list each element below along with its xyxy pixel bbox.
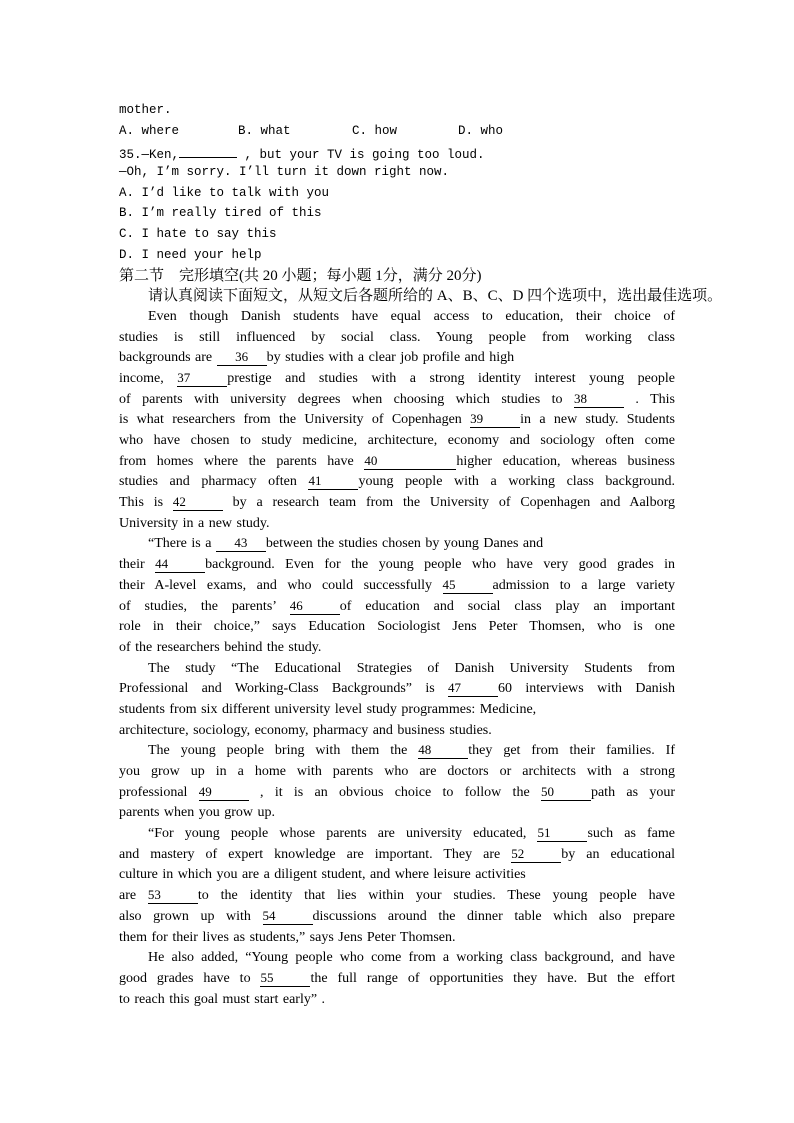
passage-line: who have chosen to study medicine, archi… bbox=[119, 431, 675, 452]
passage-line: University in a new study. bbox=[119, 514, 675, 535]
passage-line: This is 42 by a research team from the U… bbox=[119, 493, 675, 514]
q35-option-d: D. I need your help bbox=[119, 245, 675, 266]
cloze-passage: Even though Danish students have equal a… bbox=[119, 307, 675, 1010]
passage-line: culture in which you are a diligent stud… bbox=[119, 865, 675, 886]
passage-line: you grow up in a home with parents who a… bbox=[119, 762, 675, 783]
passage-line: parents when you grow up. bbox=[119, 803, 675, 824]
passage-line: Professional and Working-Class Backgroun… bbox=[119, 679, 675, 700]
passage-line: to reach this goal must start early” . bbox=[119, 990, 675, 1011]
passage-line: of the researchers behind the study. bbox=[119, 638, 675, 659]
cloze-blank: 48 bbox=[418, 742, 468, 759]
q35-reply: —Oh, I’m sorry. I’ll turn it down right … bbox=[119, 162, 675, 183]
passage-line: income, 37prestige and studies with a st… bbox=[119, 369, 675, 390]
passage-line: He also added, “Young people who come fr… bbox=[119, 948, 675, 969]
section2-heading: 第二节 完形填空(共 20 小题；每小题 1分，满分 20分) bbox=[119, 266, 675, 287]
passage-line: studies and pharmacy often 41young peopl… bbox=[119, 472, 675, 493]
passage-line: their A-level exams, and who could succe… bbox=[119, 576, 675, 597]
cloze-blank: 42 bbox=[173, 494, 223, 511]
q34-options-row: A. whereB. whatC. howD. who bbox=[119, 121, 675, 142]
cloze-blank: 50 bbox=[541, 784, 591, 801]
passage-line: them for their lives as students,” says … bbox=[119, 928, 675, 949]
cloze-blank: 47 bbox=[448, 680, 498, 697]
passage-line: students from six different university l… bbox=[119, 700, 675, 721]
q34-option-d: D. who bbox=[458, 121, 503, 142]
passage-line: role in their choice,” says Education So… bbox=[119, 617, 675, 638]
passage-line: The young people bring with them the 48t… bbox=[119, 741, 675, 762]
passage-line: “For young people whose parents are univ… bbox=[119, 824, 675, 845]
cloze-blank: 53 bbox=[148, 887, 198, 904]
passage-line: The study “The Educational Strategies of… bbox=[119, 659, 675, 680]
cloze-blank: 38 bbox=[574, 391, 624, 408]
q34-option-a: A. where bbox=[119, 121, 238, 142]
passage-line: architecture, sociology, economy, pharma… bbox=[119, 721, 675, 742]
cloze-blank: 36 bbox=[217, 349, 267, 366]
section2-instructions: 请认真阅读下面短文，从短文后各题所给的 A、B、C、D 四个选项中，选出最佳选项… bbox=[119, 286, 675, 307]
cloze-blank: 52 bbox=[511, 846, 561, 863]
cloze-blank: 49 bbox=[199, 784, 249, 801]
cloze-blank bbox=[179, 141, 237, 158]
cloze-blank: 44 bbox=[155, 556, 205, 573]
passage-line: professional 49 , it is an obvious choic… bbox=[119, 783, 675, 804]
cloze-blank: 51 bbox=[537, 825, 587, 842]
passage-line: their 44background. Even for the young p… bbox=[119, 555, 675, 576]
cloze-blank: 55 bbox=[260, 970, 310, 987]
passage-line: backgrounds are 36by studies with a clea… bbox=[119, 348, 675, 369]
cloze-blank: 54 bbox=[263, 908, 313, 925]
q34-option-c: C. how bbox=[352, 121, 458, 142]
q35-stem: 35.—Ken, , but your TV is going too loud… bbox=[119, 141, 675, 162]
cloze-blank: 41 bbox=[308, 473, 358, 490]
exam-page: mother. A. whereB. whatC. howD. who 35.—… bbox=[0, 0, 794, 1123]
cloze-blank: 40 bbox=[364, 453, 456, 470]
passage-line: good grades have to 55the full range of … bbox=[119, 969, 675, 990]
cloze-blank: 39 bbox=[470, 411, 520, 428]
cloze-blank: 46 bbox=[290, 598, 340, 615]
passage-line: also grown up with 54discussions around … bbox=[119, 907, 675, 928]
cloze-blank: 45 bbox=[443, 577, 493, 594]
passage-line: “There is a 43between the studies chosen… bbox=[119, 534, 675, 555]
passage-line: of parents with university degrees when … bbox=[119, 390, 675, 411]
passage-line: are 53to the identity that lies within y… bbox=[119, 886, 675, 907]
passage-line: of studies, the parents’ 46of education … bbox=[119, 597, 675, 618]
cloze-blank: 37 bbox=[177, 370, 227, 387]
q34-option-b: B. what bbox=[238, 121, 352, 142]
passage-line: from homes where the parents have 40high… bbox=[119, 452, 675, 473]
q35-option-b: B. I’m really tired of this bbox=[119, 203, 675, 224]
passage-line: Even though Danish students have equal a… bbox=[119, 307, 675, 328]
content-column: mother. A. whereB. whatC. howD. who 35.—… bbox=[119, 100, 675, 1010]
cloze-blank: 43 bbox=[216, 535, 266, 552]
passage-line: and mastery of expert knowledge are impo… bbox=[119, 845, 675, 866]
passage-line: is what researchers from the University … bbox=[119, 410, 675, 431]
passage-line: studies is still influenced by social cl… bbox=[119, 328, 675, 349]
q34-stem-end: mother. bbox=[119, 100, 675, 121]
q35-option-c: C. I hate to say this bbox=[119, 224, 675, 245]
q35-option-a: A. I’d like to talk with you bbox=[119, 183, 675, 204]
